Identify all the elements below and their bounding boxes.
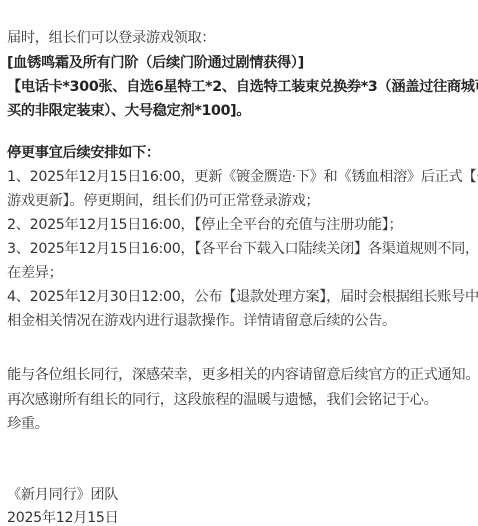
closing-line-1: 能与各位组长同行，深感荣幸，更多相关的内容请留意后续官方的正式通知。 — [7, 365, 478, 385]
schedule-item-3-line1: 3、2025年12月15日16:00，【各平台下载入口陆续关闭】各渠道规则不同，… — [7, 239, 478, 259]
schedule-item-3-line2: 在差异； — [7, 263, 63, 283]
schedule-item-4-line1: 4、2025年12月30日12:00，公布【退款处理方案】，届时会根据组长账号中… — [7, 287, 478, 307]
reward-item-1: [血锈鸣霜及所有门阶（后续门阶通过剧情获得）] — [7, 53, 304, 73]
schedule-item-1-line1: 1、2025年12月15日16:00，更新《镀金赝造·下》和《锈血相溶》后正式【… — [7, 167, 478, 187]
schedule-heading: 停更事宜后续安排如下： — [7, 143, 160, 163]
signature-date: 2025年12月15日 — [7, 508, 118, 526]
signature-team: 《新月同行》团队 — [7, 485, 118, 505]
closing-line-2: 再次感谢所有组长的同行，这段旅程的温暖与遗憾，我们会铭记于心。 — [7, 390, 438, 410]
schedule-item-1-line2: 游戏更新】。停更期间，组长们仍可正常登录游戏； — [7, 191, 319, 211]
reward-item-2-line1: 【电话卡*300张、自选6星特工*2、自选特工装束兑换券*3（涵盖过往商城可购 — [7, 77, 478, 97]
closing-line-3: 珍重。 — [7, 414, 49, 434]
intro-lead: 届时，组长们可以登录游戏领取： — [7, 28, 215, 48]
schedule-item-2: 2、2025年12月15日16:00，【停止全平台的充值与注册功能】； — [7, 215, 402, 235]
reward-item-2-line2: 买的非限定装束）、大号稳定剂*100]。 — [7, 101, 250, 121]
schedule-item-4-line2: 相金相关情况在游戏内进行退款操作。详情请留意后续的公告。 — [7, 311, 396, 331]
